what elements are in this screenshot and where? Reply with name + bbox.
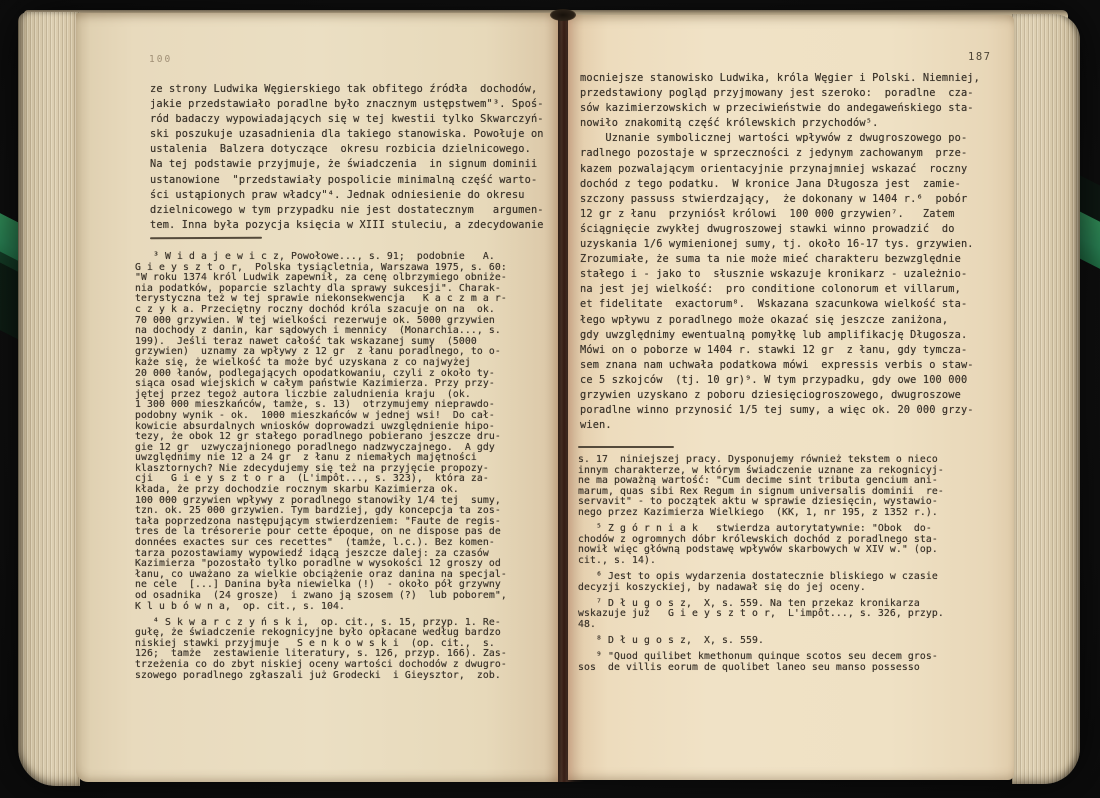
- text-line: wskazuje już G i e y s z t o r, L'impôt.…: [578, 609, 944, 620]
- text-line: szczony passuss stwierdzający, że dokona…: [580, 192, 980, 207]
- text-line: mocniejsze stanowisko Ludwika, króla Węg…: [580, 71, 980, 86]
- text-line: cit., s. 14).: [578, 556, 944, 567]
- text-line: wien.: [580, 418, 980, 433]
- text-line: łego wpływu z poradlnego może okazać się…: [580, 313, 980, 328]
- text-line: ustalenia Balzera dotyczące okresu rozbi…: [150, 142, 544, 157]
- text-line: na jest jej wielkość: pro conditione col…: [580, 282, 980, 297]
- left-footnotes: ³ W i d a j e w i c z, Powołowe..., s. 9…: [135, 252, 507, 681]
- footnote-paragraph: ⁸ D ł u g o s z, X, s. 559.: [578, 636, 944, 647]
- page-edges-left: [18, 12, 80, 786]
- footnote-paragraph: ³ W i d a j e w i c z, Powołowe..., s. 9…: [135, 252, 507, 612]
- footnote-paragraph: ⁷ D ł u g o s z, X, s. 559. Na ten przek…: [578, 599, 944, 631]
- left-footnote-separator: [150, 237, 262, 239]
- text-line: ⁶ Jest to opis wydarzenia dostatecznie b…: [578, 572, 944, 583]
- text-line: radlnego pozostaje w sprzeczności z jedy…: [580, 146, 980, 161]
- text-line: et fidelitate exactorum⁸. Wskazana szacu…: [580, 297, 980, 312]
- footnote-paragraph: ⁵ Z g ó r n i a k stwierdza autorytatywn…: [578, 524, 944, 566]
- text-line: grzywien uzyskano z poboru dziesięciogro…: [580, 388, 980, 403]
- text-line: tem. Inna była pozycja księcia w XIII st…: [150, 218, 544, 233]
- text-line: każe się, że wielkość ta może być uzyska…: [135, 358, 507, 369]
- text-line: nowiło znakomitą część królewskich przyc…: [580, 116, 980, 131]
- footnote-paragraph: s. 17 niniejszej pracy. Dysponujemy równ…: [578, 455, 944, 519]
- text-line: szowego poradlnego zgłaszali już Grodeck…: [135, 671, 507, 682]
- text-line: K l u b ó w n a, op. cit., s. 104.: [135, 602, 507, 613]
- text-line: c z y k a. Przeciętny roczny dochód król…: [135, 305, 507, 316]
- text-line: ści ustąpionych praw władcy"⁴. Jednak od…: [150, 188, 544, 203]
- text-line: ściągnięcie zwykłej dwugroszowej stawki …: [580, 222, 980, 237]
- footnote-paragraph: ⁶ Jest to opis wydarzenia dostatecznie b…: [578, 572, 944, 593]
- right-page-number: 187: [968, 51, 991, 63]
- text-line: Zrozumiałe, że suma ta nie może mieć cha…: [580, 252, 980, 267]
- text-line: sów kazimierzowskich w przeciwieństwie d…: [580, 101, 980, 116]
- text-line: sem znana nam uchwała podatkowa mówi exp…: [580, 358, 980, 373]
- text-line: uzyskania 1/6 wymienionej sumy, tj. okoł…: [580, 237, 980, 252]
- text-line: jakie przedstawiało poradlne było znaczn…: [150, 97, 544, 112]
- text-line: s. 17 niniejszej pracy. Dysponujemy równ…: [578, 455, 944, 466]
- book-spread: 100 ze strony Ludwika Węgierskiego tak o…: [0, 0, 1100, 798]
- page-edges-right: [1012, 14, 1080, 784]
- text-line: 48.: [578, 620, 944, 631]
- text-line: kazem pozwalającym orientacyjnie przynaj…: [580, 162, 980, 177]
- text-line: dzielnicowego w tym przypadku nie jest d…: [150, 203, 544, 218]
- text-line: Mówi on o poborze w 1404 r. stawki 12 gr…: [580, 343, 980, 358]
- text-line: ski poszukuje uzasadnienia dla takiego s…: [150, 127, 544, 142]
- book-scan: 100 ze strony Ludwika Węgierskiego tak o…: [0, 0, 1100, 798]
- text-line: ce 5 szkojców (tj. 10 gr)⁹. W tym przypa…: [580, 373, 980, 388]
- left-page-number: 100: [149, 54, 172, 65]
- text-line: Uznanie symbolicznej wartości wpływów z …: [580, 131, 980, 146]
- gutter-top-notch: [550, 9, 576, 21]
- text-line: dochód z tego podatku. W kronice Jana Dł…: [580, 177, 980, 192]
- left-main-text: ze strony Ludwika Węgierskiego tak obfit…: [150, 82, 544, 233]
- text-line: ustanowione "przedstawiały pospolicie mi…: [150, 173, 544, 188]
- text-line: przedstawiony pogląd przyjmowany jest sz…: [580, 86, 980, 101]
- text-line: ⁹ "Quod quilibet kmethonum quinque scoto…: [578, 652, 944, 663]
- right-footnote-separator: [578, 446, 674, 448]
- text-line: poradlne winno przynosić 1/5 tej sumy, a…: [580, 403, 980, 418]
- text-line: stałego i - jako to słusznie wskazuje kr…: [580, 267, 980, 282]
- text-line: Na tej podstawie przyjmuje, że świadczen…: [150, 157, 544, 172]
- right-main-text: mocniejsze stanowisko Ludwika, króla Węg…: [580, 71, 980, 433]
- text-line: 12 gr z łanu przyniósł królowi 100 000 g…: [580, 207, 980, 222]
- text-line: nego przez Kazimierza Wielkiego (KK, 1, …: [578, 508, 944, 519]
- text-line: od osadnika (24 grosze) i zwano ją szose…: [135, 591, 507, 602]
- text-line: decyzji koszyckiej, by nadawał się do je…: [578, 583, 944, 594]
- footnote-paragraph: ⁴ S k w a r c z y ń s k i, op. cit., s. …: [135, 618, 507, 682]
- text-line: gdy uwzględnimy ewentualną pomyłkę lub a…: [580, 328, 980, 343]
- text-line: sos de villis eorum de quolibet laneo se…: [578, 663, 944, 674]
- text-line: ⁸ D ł u g o s z, X, s. 559.: [578, 636, 944, 647]
- text-line: ³ W i d a j e w i c z, Powołowe..., s. 9…: [135, 252, 507, 263]
- text-line: ród badaczy wypowiadających się w tej kw…: [150, 112, 544, 127]
- text-line: ze strony Ludwika Węgierskiego tak obfit…: [150, 82, 544, 97]
- right-footnotes: s. 17 niniejszej pracy. Dysponujemy równ…: [578, 455, 944, 673]
- footnote-paragraph: ⁹ "Quod quilibet kmethonum quinque scoto…: [578, 652, 944, 673]
- text-line: podobny wynik - ok. 1000 mieszkańców w j…: [135, 411, 507, 422]
